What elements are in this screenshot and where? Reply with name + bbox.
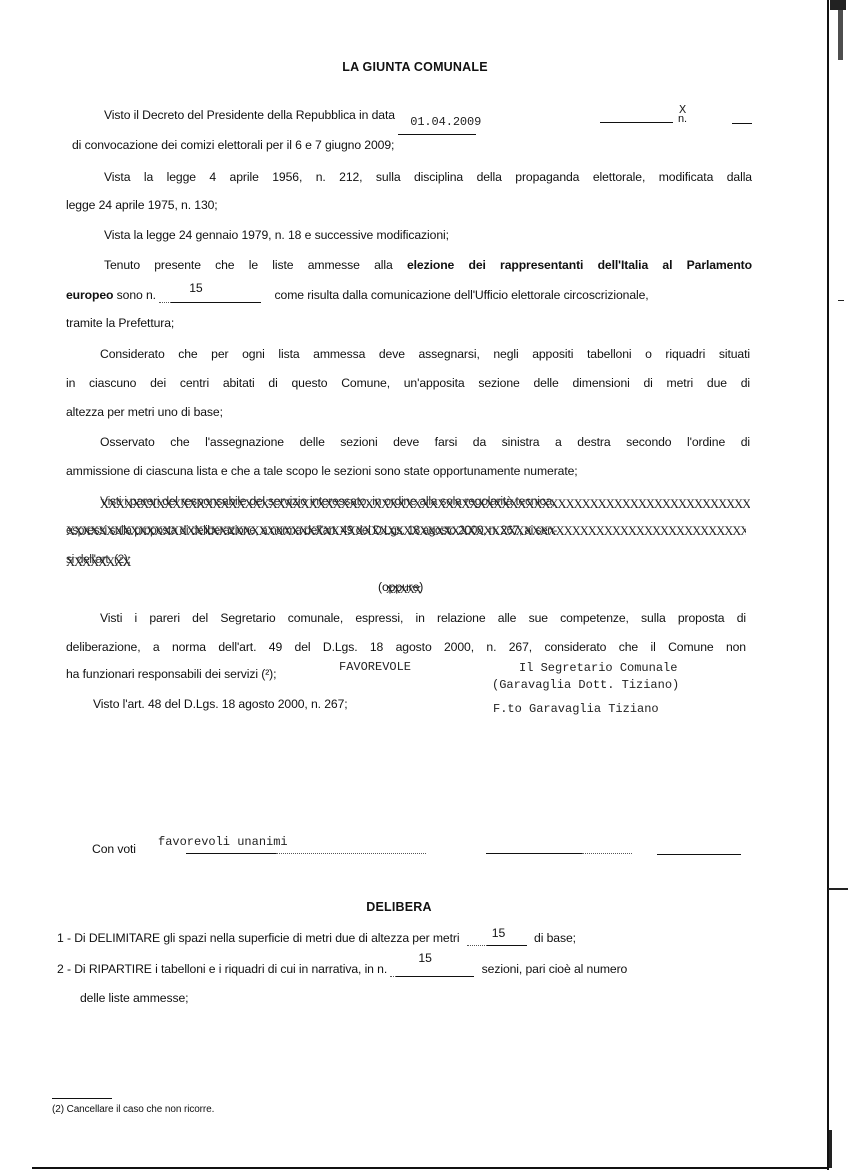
opinion-favorevole: FAVOREVOLE [339,660,411,674]
scanned-document-page: LA GIUNTA COMUNALE Visto il Decreto del … [0,0,850,1170]
delibera-item-2-line2: delle liste ammesse; [80,991,188,1005]
votes-dotted-1 [276,852,426,854]
date-value: 01.04.2009 [410,115,481,129]
item-1-underline [487,944,527,946]
votes-value: favorevoli unanimi [158,835,288,849]
mark-n: X n. [678,106,687,124]
para-liste-line2: europeo sono n. 15 come risulta dalla co… [66,288,649,302]
footnote-rule [52,1098,112,1099]
delibera-item-2: 2 - Di RIPARTIRE i tabelloni e i riquadr… [57,962,627,976]
para-decreto: Visto il Decreto del Presidente della Re… [104,108,490,122]
europeo-bold: europeo [66,288,113,302]
para-segretario-line1: Visti i pareri del Segretario comunale, … [100,611,746,625]
sono-n-text: sono n. [113,288,159,302]
para-struck-line2: espressi sulla proposta di deliberazione… [66,523,746,539]
para-liste-text: Tenuto presente che le liste ammesse all… [104,258,407,272]
para-segretario-line3: ha funzionari responsabili dei servizi (… [66,667,276,681]
para-osservato-line2: ammissione di ciascuna lista e che a tal… [66,464,578,478]
blank-underline-small [732,122,752,124]
scan-bottom-edge [32,1167,827,1169]
para-considerato-line1: Considerato che per ogni lista ammessa d… [100,347,750,361]
scan-edge-thick [829,1130,832,1168]
item-number: 1 - [57,931,71,945]
para-liste-text-b: come risulta dalla comunicazione dell'Uf… [271,288,648,302]
item-2-value: 15 [418,951,431,965]
votes-underline-2 [486,852,582,854]
scan-edge-tick [828,888,848,890]
document-title: LA GIUNTA COMUNALE [0,60,830,74]
signer-title: Il Segretario Comunale [519,661,677,675]
item-text: gli spazi nella superficie di metri due … [160,931,463,945]
para-segretario-line2: deliberazione, a norma dell'art. 49 del … [66,640,746,654]
para-liste-bold: elezione dei rappresentanti dell'Italia … [407,258,752,272]
para-legge-1956-line2: legge 24 aprile 1975, n. 130; [66,198,218,212]
dots [467,944,487,946]
signature-fto: F.to Garavaglia Tiziano [493,702,659,716]
votes-underline-1 [186,852,276,854]
para-decreto-line2: di convocazione dei comizi elettorali pe… [72,138,394,152]
para-considerato-line3: altezza per metri uno di base; [66,405,223,419]
lists-count-field: 15 [159,288,271,302]
votes-label: Con voti [92,842,136,856]
item-1-value-field: 15 [463,931,531,945]
para-struck-line1: Visti i pareri del responsabile del serv… [100,494,750,510]
item-2-underline [396,975,474,977]
scan-corner-artifact [830,0,846,10]
item-2-value-field: 15 [390,962,478,976]
para-considerato-line2: in ciascuno dei centri abitati di questo… [66,376,750,390]
n-label: n. [678,115,687,124]
lists-count-value: 15 [189,281,202,295]
item-text-b: sezioni, pari cioè al numero [478,962,627,976]
item-1-value: 15 [492,926,505,940]
para-osservato-line1: Osservato che l'assegnazione delle sezio… [100,435,750,449]
para-legge-1979: Vista la legge 24 gennaio 1979, n. 18 e … [104,228,449,242]
overstrike-x-2: XXXXXXXXXXXXXXXXXXXXXXXXXXXXXXXXXXXXXXXX… [66,524,746,539]
item-verb: Di RIPARTIRE [74,962,152,976]
item-text-b: di base; [531,931,576,945]
item-verb: Di DELIMITARE [74,931,160,945]
blank-underline [600,121,673,123]
oppure-overstrike: XXXXX [386,584,421,596]
item-number: 2 - [57,962,71,976]
item-text: i tabelloni e i riquadri di cui in narra… [152,962,391,976]
delibera-heading: DELIBERA [0,900,798,914]
footnote: (2) Cancellare il caso che non ricorre. [52,1104,214,1115]
para-decreto-text: Visto il Decreto del Presidente della Re… [104,108,395,122]
para-legge-1956-line1: Vista la legge 4 aprile 1956, n. 212, su… [104,170,752,184]
para-struck-line3: si dell'art. (2); XXXXXXXX [66,552,176,568]
para-liste-line1: Tenuto presente che le liste ammesse all… [104,258,752,272]
votes-underline-3 [657,853,741,855]
overstrike-x-3: XXXXXXXX [66,555,130,568]
overstrike-x-1: XXXXXXXXXXXXXXXXXXXXXXXXXXXXXXXXXXXXXXXX… [100,497,750,510]
scan-edge-artifact [838,10,843,60]
oppure-struck: (oppure) XXXXX [378,580,423,598]
dots [159,301,171,303]
scan-edge-tick-2 [838,300,844,301]
lists-count-underline [171,301,261,303]
votes-dotted-2 [582,852,632,854]
scan-right-edge [827,0,829,1170]
para-art48: Visto l'art. 48 del D.Lgs. 18 agosto 200… [93,697,348,711]
signer-name: (Garavaglia Dott. Tiziano) [492,678,679,692]
date-underline [398,133,476,135]
para-liste-line3: tramite la Prefettura; [66,316,174,330]
delibera-item-1: 1 - Di DELIMITARE gli spazi nella superf… [57,931,576,945]
